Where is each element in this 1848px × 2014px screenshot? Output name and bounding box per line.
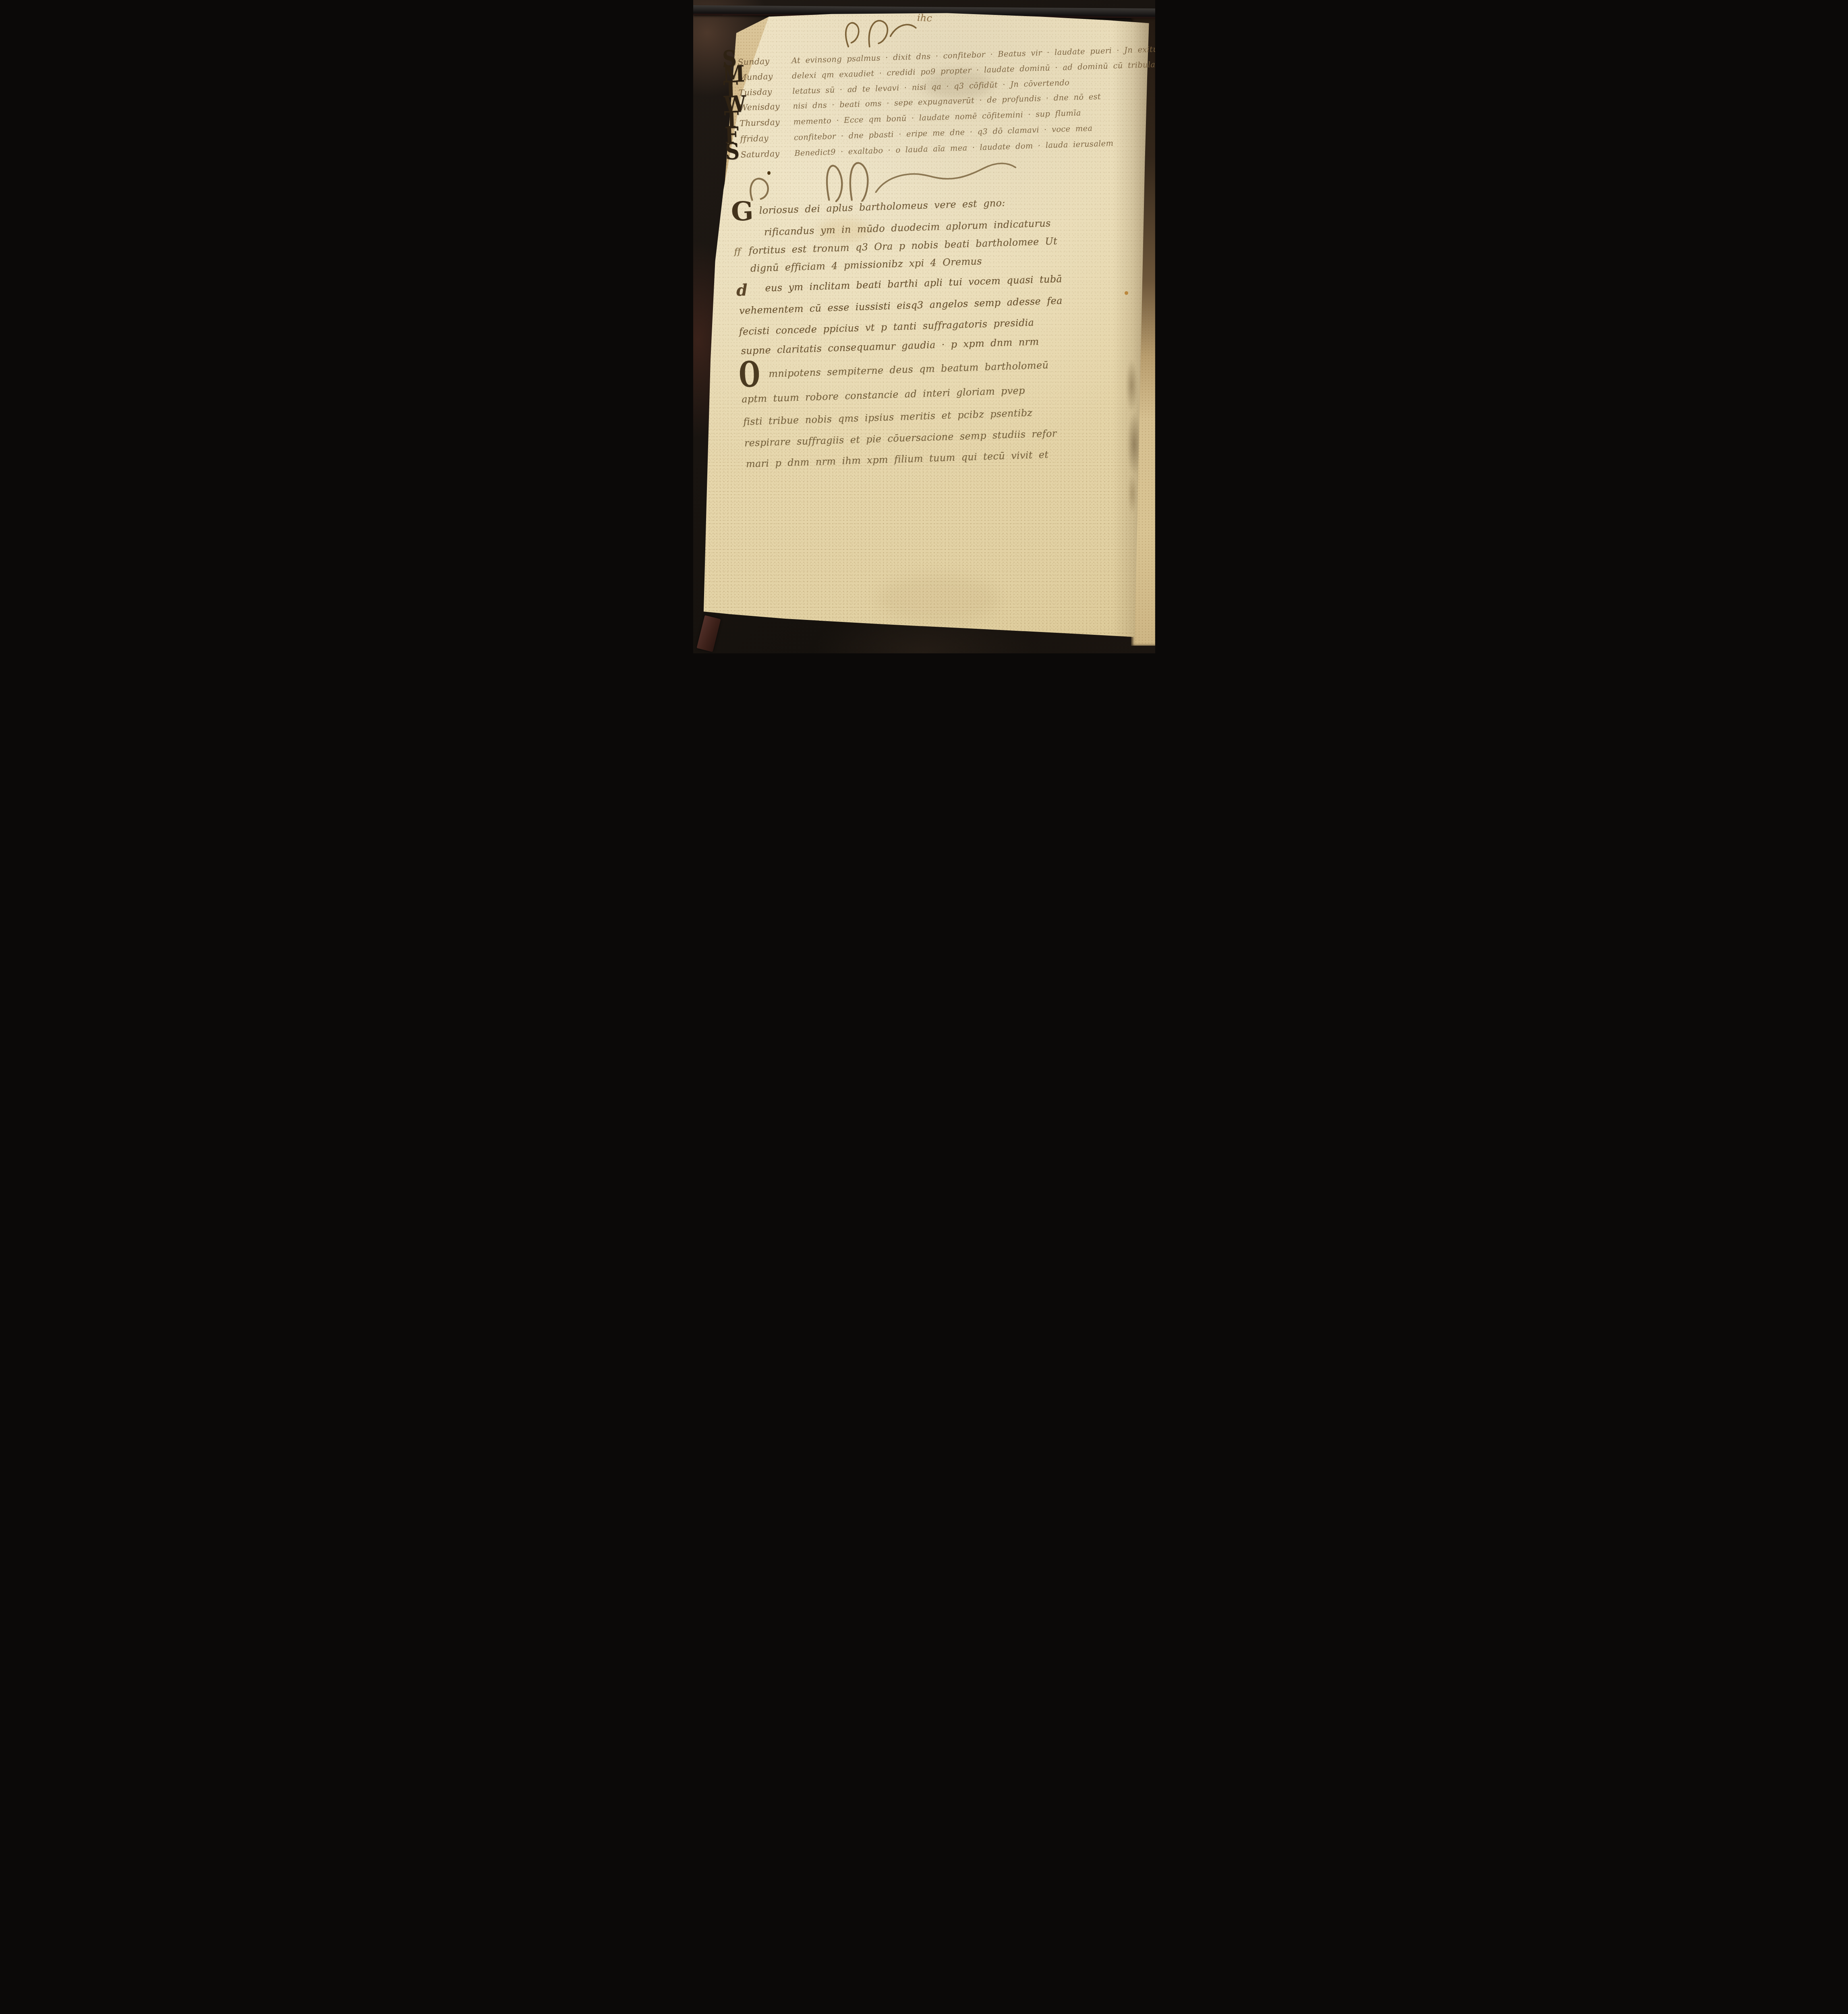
weekday-name: Sunday (738, 56, 787, 67)
initial-G: G (730, 196, 754, 227)
collect-text: mari p dnm nrm ihm xpm filium tuum qui t… (746, 449, 1048, 470)
collect-line: aptm tuum robore constancie ad interi gl… (741, 385, 1025, 405)
initial-O: O (739, 375, 760, 375)
collect-text: eus ym inclitam beati barthi apli tui vo… (765, 274, 1062, 294)
antiphon-line: Gloriosus dei aplus bartholomeus vere es… (731, 197, 1005, 217)
antiphon-text: rificandus ym in mūdo duodecim aplorum i… (764, 218, 1050, 238)
collect-line: supne claritatis consequamur gaudia · p … (741, 336, 1039, 357)
collect-text: aptm tuum robore constancie ad interi gl… (741, 385, 1025, 405)
pen-flourish-top (835, 8, 920, 53)
collect-line: Omnipotens sempiterne deus qm beatum bar… (739, 359, 1048, 380)
psalm-incipits: confitebor · dne pbasti · eripe me dne ·… (793, 123, 1092, 142)
top-inscription-mark: ihc (917, 12, 932, 24)
initial-d: d (736, 281, 748, 300)
collect-line: respirare suffragiis et pie cōuersacione… (744, 428, 1057, 449)
antiphon-text: dignū efficiam 4 pmissionibz xpi 4 Oremu… (750, 255, 982, 274)
collect-text: fecisti concede ppicius vt p tanti suffr… (739, 317, 1034, 337)
collect-text: respirare suffragiis et pie cōuersacione… (744, 428, 1057, 449)
margin-mark: ff (734, 247, 741, 257)
antiphon-text: loriosus dei aplus bartholomeus vere est… (759, 197, 1005, 216)
collect-line: deus ym inclitam beati barthi apli tui v… (736, 274, 1062, 295)
collect-line: fecisti concede ppicius vt p tanti suffr… (739, 317, 1034, 337)
weekday-name: ffriday (740, 133, 789, 144)
antiphon-line: fffortitus est tronum q3 Ora p nobis bea… (734, 236, 1057, 257)
weekday-name: Thursday (739, 117, 788, 128)
collect-text: vehementem cū esse iussisti eisq3 angelo… (739, 295, 1062, 316)
manuscript-photo: ihc S Sunday At evinsong psalmus · dixit… (693, 0, 1155, 653)
collect-line: mari p dnm nrm ihm xpm filium tuum qui t… (746, 449, 1048, 470)
weekday-name: Munday (738, 71, 787, 83)
collect-text: supne claritatis consequamur gaudia · p … (741, 336, 1039, 357)
antiphon-line: rificandus ym in mūdo duodecim aplorum i… (764, 218, 1050, 238)
handwritten-text-layer: ihc S Sunday At evinsong psalmus · dixit… (693, 0, 1155, 653)
antiphon-text: fortitus est tronum q3 Ora p nobis beati… (748, 236, 1057, 257)
weekday-name: Saturday (740, 149, 789, 160)
collect-text: mnipotens sempiterne deus qm beatum bart… (768, 359, 1048, 379)
weekday-initial: S (725, 138, 740, 165)
psalm-incipits: memento · Ecce qm bonū · laudate nomē cō… (793, 108, 1081, 126)
collect-line: fisti tribue nobis qms ipsius meritis et… (743, 407, 1032, 427)
antiphon-line: dignū efficiam 4 pmissionibz xpi 4 Oremu… (750, 255, 982, 274)
collect-line: vehementem cū esse iussisti eisq3 angelo… (739, 295, 1062, 316)
psalm-incipits: nisi dns · beati oms · sepe expugnaverūt… (793, 92, 1101, 111)
psalm-incipits: Benedict9 · exaltabo · o lauda aīa mea ·… (794, 139, 1113, 158)
collect-text: fisti tribue nobis qms ipsius meritis et… (743, 407, 1032, 427)
